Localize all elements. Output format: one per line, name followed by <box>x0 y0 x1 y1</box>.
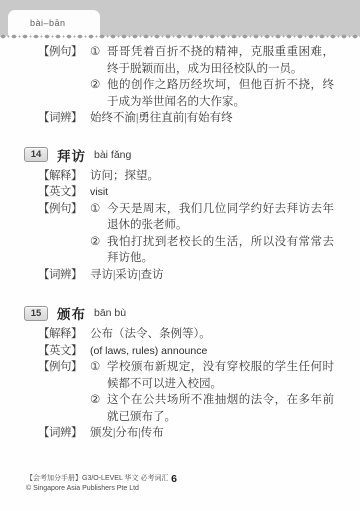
english-text: (of laws, rules) announce <box>90 343 334 360</box>
definition-text: 访问；探望。 <box>90 168 334 185</box>
english-row: 【英文】 visit <box>38 184 334 201</box>
example-marker-1: ① <box>90 359 107 376</box>
word-discrimination-label: 【词辨】 <box>38 425 90 442</box>
example-row: 【例句】 ① 学校颁布新规定，没有穿校服的学生任何时候都不可以进入校园。 <box>38 359 334 392</box>
example-marker-2: ② <box>90 234 107 251</box>
entry-number-badge: 15 <box>24 306 48 321</box>
definition-label: 【解释】 <box>38 326 90 343</box>
english-row: 【英文】 (of laws, rules) announce <box>38 343 334 360</box>
word-discrimination-text: 颁发|分布|传布 <box>90 425 334 442</box>
definition-row: 【解释】 公布（法令、条例等）。 <box>38 326 334 343</box>
example-label: 【例句】 <box>38 359 90 376</box>
word-discrimination-label: 【词辨】 <box>38 110 90 127</box>
word-discrimination-row: 【词辨】 寻访|采访|查访 <box>38 267 334 284</box>
example-text-1: 学校颁布新规定，没有穿校服的学生任何时候都不可以进入校园。 <box>107 359 334 392</box>
example-row: 【例句】 ① 哥哥凭着百折不挠的精神，克服重重困难，终于脱颖而出，成为田径校队的… <box>38 44 334 77</box>
word-discrimination-row: 【词辨】 颁发|分布|传布 <box>38 425 334 442</box>
headword-row: 14 拜访 bài fǎng <box>24 145 334 165</box>
definition-row: 【解释】 访问；探望。 <box>38 168 334 185</box>
example-label: 【例句】 <box>38 44 90 61</box>
english-label: 【英文】 <box>38 343 90 360</box>
word-discrimination-text: 寻访|采访|查访 <box>90 267 334 284</box>
footer-series-title: 【会考加分手册】G3/O-LEVEL 华文 必考词汇 <box>26 474 168 484</box>
footer-copyright: © Singapore Asia Publishers Pte Ltd <box>26 484 168 494</box>
entry-baifang: 14 拜访 bài fǎng 【解释】 访问；探望。 【英文】 visit 【例… <box>24 145 334 284</box>
headword: 颁布 <box>57 303 86 323</box>
example-text-2: 我怕打扰到老校长的生活，所以没有常常去拜访他。 <box>107 234 334 267</box>
example-text-2: 他的创作之路历经坎坷，但他百折不挠，终于成为举世闻名的大作家。 <box>107 77 334 110</box>
headword-pinyin: bān bù <box>94 307 126 319</box>
dotted-separator <box>0 32 360 41</box>
english-label: 【英文】 <box>38 184 90 201</box>
example-marker-2: ② <box>90 77 107 94</box>
headword: 拜访 <box>57 145 86 165</box>
word-discrimination-label: 【词辨】 <box>38 267 90 284</box>
entry-continuation: 【例句】 ① 哥哥凭着百折不挠的精神，克服重重困难，终于脱颖而出，成为田径校队的… <box>24 44 334 127</box>
word-discrimination-row: 【词辨】 始终不渝|勇往直前|有始有终 <box>38 110 334 127</box>
page-content: 【例句】 ① 哥哥凭着百折不挠的精神，克服重重困难，终于脱颖而出，成为田径校队的… <box>0 36 360 442</box>
example-text-1: 今天是周末，我们几位同学约好去拜访去年退休的张老师。 <box>107 201 334 234</box>
english-text: visit <box>90 184 334 201</box>
definition-label: 【解释】 <box>38 168 90 185</box>
example-row: 【例句】 ① 今天是周末，我们几位同学约好去拜访去年退休的张老师。 <box>38 201 334 234</box>
definition-text: 公布（法令、条例等）。 <box>90 326 334 343</box>
example-row: ② 他的创作之路历经坎坷，但他百折不挠，终于成为举世闻名的大作家。 <box>38 77 334 110</box>
pinyin-range-label: bài–bān <box>8 10 100 28</box>
headword-pinyin: bài fǎng <box>94 149 131 161</box>
footer-imprint: 【会考加分手册】G3/O-LEVEL 华文 必考词汇 © Singapore A… <box>26 474 168 494</box>
example-label: 【例句】 <box>38 201 90 218</box>
example-text-1: 哥哥凭着百折不挠的精神，克服重重困难，终于脱颖而出，成为田径校队的一员。 <box>107 44 334 77</box>
page-number: 6 <box>164 473 184 485</box>
example-marker-1: ① <box>90 201 107 218</box>
word-discrimination-text: 始终不渝|勇往直前|有始有终 <box>90 110 334 127</box>
example-text-2: 这个在公共场所不准抽烟的法令，在多年前就已颁布了。 <box>107 392 334 425</box>
headword-row: 15 颁布 bān bù <box>24 303 334 323</box>
example-marker-2: ② <box>90 392 107 409</box>
example-row: ② 我怕打扰到老校长的生活，所以没有常常去拜访他。 <box>38 234 334 267</box>
entry-banbu: 15 颁布 bān bù 【解释】 公布（法令、条例等）。 【英文】 (of l… <box>24 303 334 442</box>
example-row: ② 这个在公共场所不准抽烟的法令，在多年前就已颁布了。 <box>38 392 334 425</box>
entry-number-badge: 14 <box>24 147 48 162</box>
example-marker-1: ① <box>90 44 107 61</box>
